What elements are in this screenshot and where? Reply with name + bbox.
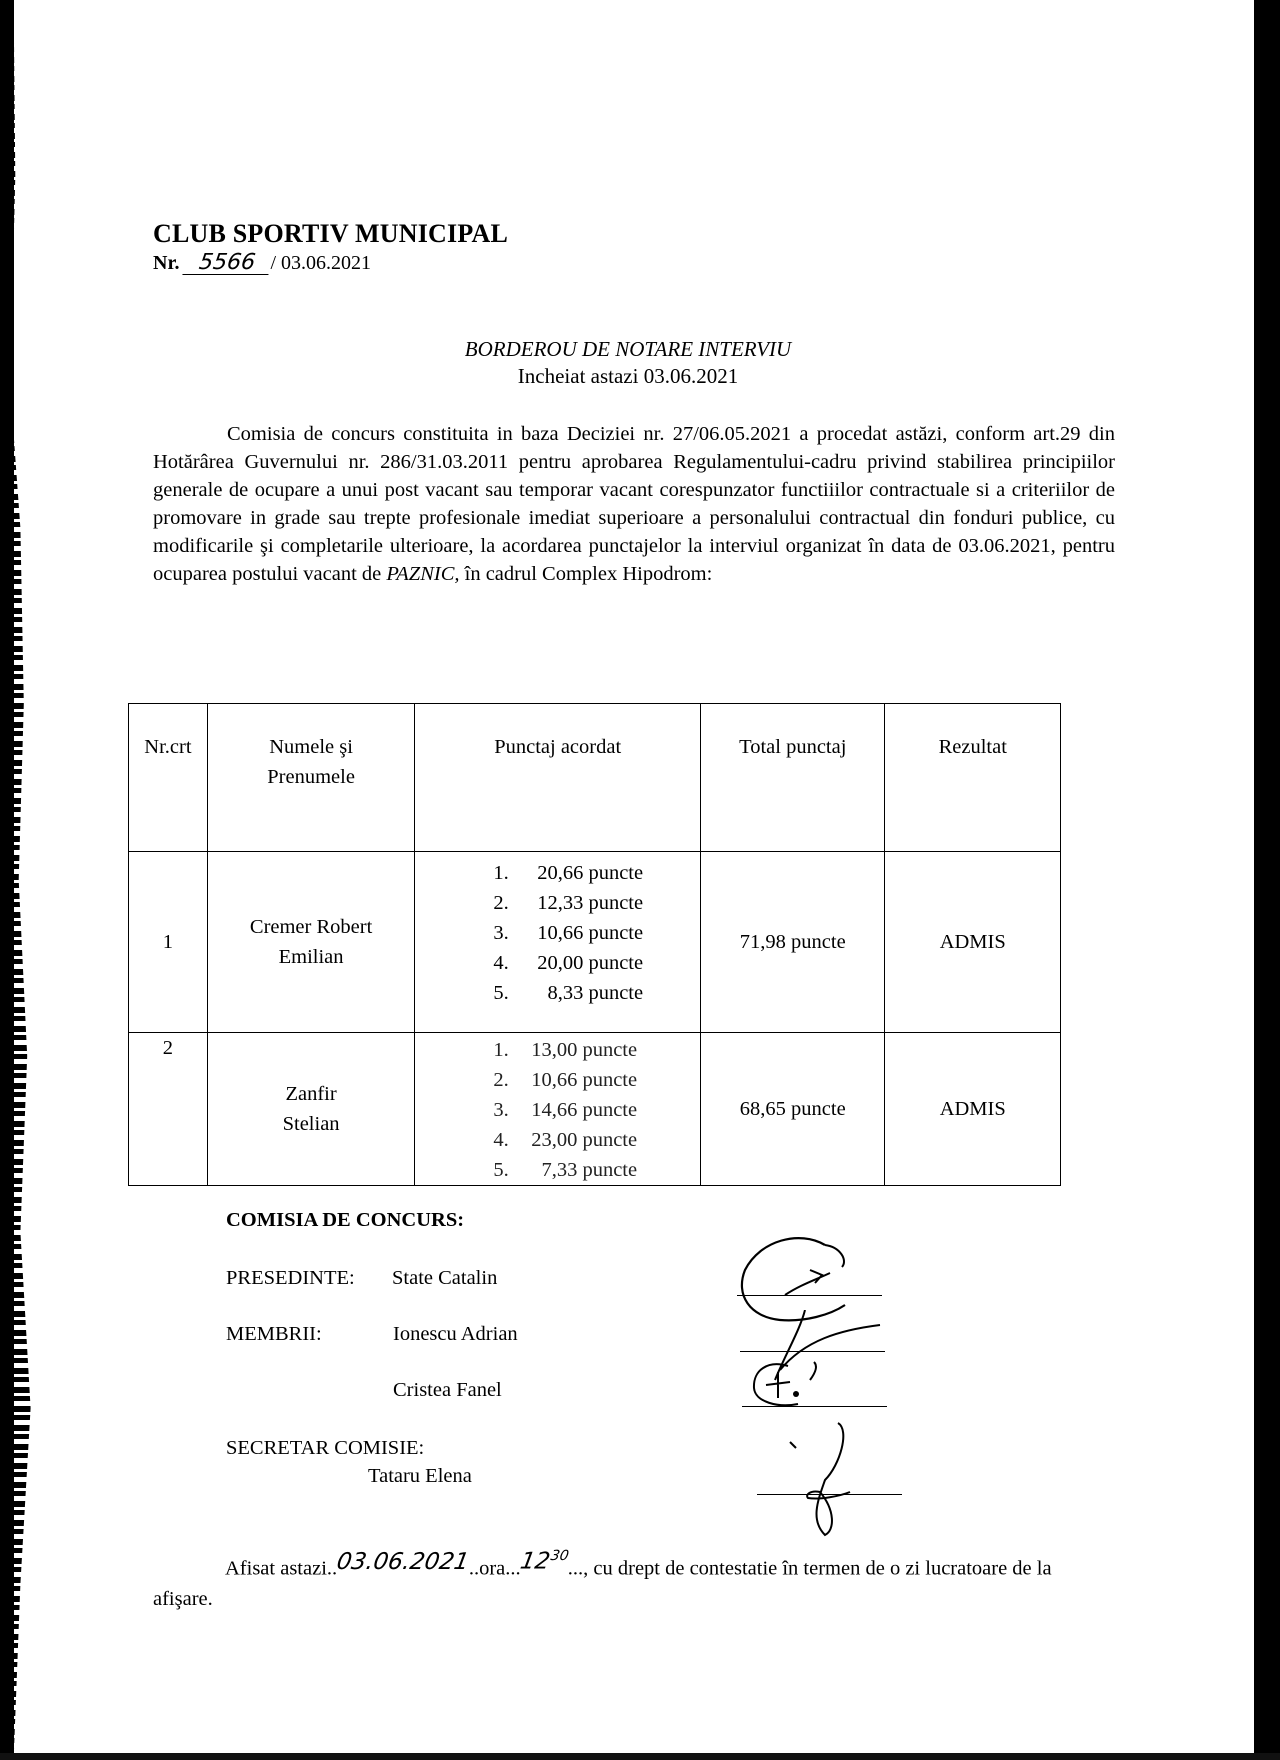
score-item: 2.10,66 puncte [493, 1065, 700, 1095]
header-nr: Nr.crt [129, 704, 208, 852]
score-item: 3.10,66 puncte [493, 918, 700, 948]
posted-date-handwritten: 03.06.2021 [334, 1547, 471, 1577]
results-table: Nr.crt Numele şiPrenumele Punctaj acorda… [128, 703, 1061, 1186]
signature-member-2-icon [748, 1360, 828, 1410]
score-item: 1.20,66 puncte [493, 858, 700, 888]
cell-nr: 2 [129, 1033, 208, 1186]
score-item: 4.23,00 puncte [493, 1125, 700, 1155]
commission-title: COMISIA DE CONCURS: [226, 1209, 464, 1232]
registration-date: / 03.06.2021 [270, 252, 371, 274]
document-title: BORDEROU DE NOTARE INTERVIU [0, 337, 1256, 362]
cell-result: ADMIS [885, 852, 1061, 1033]
posted-hour-handwritten: 1230 [518, 1541, 571, 1577]
score-item: 4.20,00 puncte [493, 948, 700, 978]
header-name: Numele şiPrenumele [207, 704, 414, 852]
table-row: 2 ZanfirStelian 1.13,00 puncte 2.10,66 p… [129, 1033, 1061, 1186]
registration-label: Nr. [153, 252, 179, 274]
cell-result: ADMIS [885, 1033, 1061, 1186]
hour-label: ora [479, 1558, 505, 1580]
paragraph-text: Comisia de concurs constituita in baza D… [153, 423, 1115, 585]
scores-list: 1.13,00 puncte 2.10,66 puncte 3.14,66 pu… [415, 1033, 700, 1185]
posting-notice: Afisat astazi..03.06.2021..ora...1230...… [153, 1547, 1093, 1614]
cell-nr: 1 [129, 852, 208, 1033]
score-item: 2.12,33 puncte [493, 888, 700, 918]
member-1-name: Ionescu Adrian [393, 1323, 518, 1345]
secretary-label: SECRETAR COMISIE: [226, 1437, 424, 1460]
table-row: 1 Cremer RobertEmilian 1.20,66 puncte 2.… [129, 852, 1061, 1033]
president-label: PRESEDINTE: [226, 1267, 392, 1290]
signature-secretary-icon [780, 1420, 870, 1540]
paragraph-text-end: în cadrul Complex Hipodrom: [460, 563, 713, 585]
posted-label: Afisat astazi [225, 1558, 327, 1580]
registration-number-handwritten: 5566 [183, 252, 272, 275]
document-subtitle: Incheiat astazi 03.06.2021 [0, 364, 1256, 389]
members-label: MEMBRII: [226, 1323, 393, 1346]
cell-name: ZanfirStelian [207, 1033, 414, 1186]
cell-scores: 1.13,00 puncte 2.10,66 puncte 3.14,66 pu… [415, 1033, 701, 1186]
header-scores: Punctaj acordat [415, 704, 701, 852]
header-result: Rezultat [885, 704, 1061, 852]
score-item: 5.7,33 puncte [493, 1155, 700, 1185]
body-paragraph: Comisia de concurs constituita in baza D… [153, 420, 1115, 588]
scan-edge-bottom [0, 1753, 1280, 1760]
score-item: 1.13,00 puncte [493, 1035, 700, 1065]
registration-number: Nr. 5566/ 03.06.2021 [153, 252, 371, 275]
organization-name: CLUB SPORTIV MUNICIPAL [153, 219, 508, 249]
cell-scores: 1.20,66 puncte 2.12,33 puncte 3.10,66 pu… [415, 852, 701, 1033]
scan-edge-left-ragged [0, 0, 34, 1760]
cell-total: 68,65 puncte [701, 1033, 885, 1186]
commission-member-1: MEMBRII:Ionescu Adrian [226, 1323, 518, 1346]
scan-edge-right [1254, 0, 1280, 1760]
table-header-row: Nr.crt Numele şiPrenumele Punctaj acorda… [129, 704, 1061, 852]
secretary-name: Tataru Elena [368, 1465, 472, 1488]
cell-total: 71,98 puncte [701, 852, 885, 1033]
score-item: 5.8,33 puncte [493, 978, 700, 1008]
scores-list: 1.20,66 puncte 2.12,33 puncte 3.10,66 pu… [415, 852, 700, 1008]
position-name: PAZNIC, [386, 563, 459, 585]
score-item: 3.14,66 puncte [493, 1095, 700, 1125]
commission-member-2: Cristea Fanel [393, 1379, 502, 1402]
commission-president: PRESEDINTE:State Catalin [226, 1267, 497, 1290]
president-name: State Catalin [392, 1267, 497, 1289]
header-total: Total punctaj [701, 704, 885, 852]
cell-name: Cremer RobertEmilian [207, 852, 414, 1033]
